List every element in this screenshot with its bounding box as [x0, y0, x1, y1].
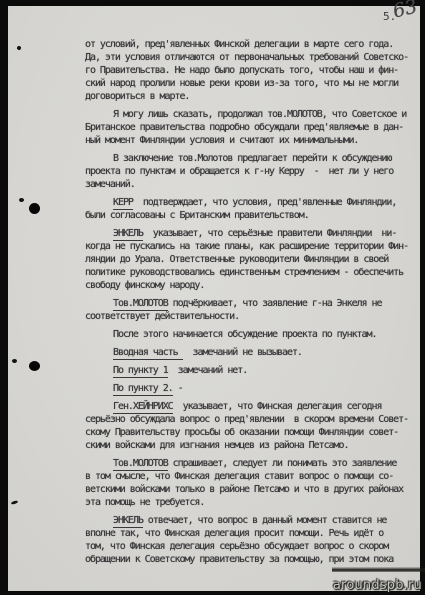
text-line: в том смысле, что Финская делегация став…: [85, 470, 417, 483]
text-line: ветскими войсками только в районе Петсам…: [85, 483, 417, 496]
paragraph: По пункту 2. -: [85, 382, 417, 395]
text-line: В заключение тов.Молотов предлагает пере…: [85, 152, 417, 165]
paragraph: По пункту 1 замечаний нет.: [85, 364, 417, 377]
paragraph: ЭНКЕЛЬ указывает, что серьёзные правител…: [85, 227, 417, 292]
text-line: политике руководствовались единственным …: [85, 266, 417, 279]
hole-punch-bottom: [29, 361, 40, 371]
paragraph: Ген.ХЕЙНРИХС указывает, что Финская деле…: [85, 400, 417, 452]
text-line: были согласованы с Британским правительс…: [85, 209, 417, 222]
text-line: По пункту 1 замечаний нет.: [85, 364, 417, 377]
text-line: свободу финскому народу.: [85, 279, 417, 292]
paragraph: После этого начинается обсуждение проект…: [85, 328, 417, 341]
text-line: го Правительства. Не надо было допускать…: [85, 64, 417, 77]
paragraph: Вводная часть замечаний не вызывает.: [85, 346, 417, 359]
text-line: замечаний.: [85, 178, 417, 191]
text-line: ЭНКЕЛЬ отвечает, что вопрос в данный мом…: [85, 514, 417, 527]
text-line: обращении к Советскому правительству за …: [85, 553, 417, 566]
paragraph: от условий, пред'явленных Финской делега…: [85, 38, 417, 103]
text-line: вполне так, что Финская делегация просит…: [85, 527, 417, 540]
ink-speck: [19, 198, 24, 202]
text-line: Да, эти условия отличаются от первоначал…: [85, 51, 417, 64]
underlined-text: ЭНКЕЛЬ: [113, 228, 143, 241]
paragraph: В заключение тов.Молотов предлагает пере…: [85, 152, 417, 191]
underlined-text: ЭНКЕЛЬ: [113, 515, 143, 528]
text-line: скими войсками для изгнания немцев из ра…: [85, 439, 417, 452]
text-line: Британское правительства подробно обсужд…: [85, 121, 417, 134]
page-number: 5.: [383, 11, 396, 23]
paragraph: ЭНКЕЛЬ отвечает, что вопрос в данный мом…: [85, 514, 417, 566]
text-line: эта помощь не требуется.: [85, 496, 417, 509]
text-line: После этого начинается обсуждение проект…: [85, 328, 417, 341]
underlined-text: Тов.МОЛОТОВ: [113, 458, 168, 471]
text-line: Тов.МОЛОТОВ спрашивает, следует ли поним…: [85, 457, 417, 470]
underlined-text: КЕРР: [113, 197, 133, 210]
paragraph: КЕРР подтверждает, что условия, пред'явл…: [85, 196, 417, 222]
text-line: Ген.ХЕЙНРИХС указывает, что Финская деле…: [85, 400, 417, 413]
text-line: проекта по пунктам и обращается к г-ну К…: [85, 165, 417, 178]
text-line: от условий, пред'явленных Финской делега…: [85, 38, 417, 51]
text-line: том, что Финская делегация серьёзно обсу…: [85, 540, 417, 553]
text-line: ляндии до Урала. Ответственные руководит…: [85, 253, 417, 266]
underlined-text: По пункту 2.: [113, 383, 173, 396]
document-text: от условий, пред'явленных Финской делега…: [85, 38, 417, 571]
text-line: Тов.МОЛОТОВ подчёркивает, что заявление …: [85, 297, 417, 310]
text-line: ЭНКЕЛЬ указывает, что серьёзные правител…: [85, 227, 417, 240]
paragraph: Я могу лишь сказать, продолжал тов.МОЛОТ…: [85, 108, 417, 147]
text-line: Вводная часть замечаний не вызывает.: [85, 346, 417, 359]
text-line: ский народ пролили новые реки крови из-з…: [85, 77, 417, 90]
underlined-text: Тов.МОЛОТОВ: [113, 298, 168, 311]
ink-speck: [12, 359, 17, 363]
text-line: соответствует действительности.: [85, 310, 417, 323]
text-line: Я могу лишь сказать, продолжал тов.МОЛОТ…: [85, 108, 417, 121]
paper-bottom-edge-shadow: [332, 567, 425, 572]
underlined-text: По пункту 1: [113, 365, 168, 378]
scanned-document-page: { "page": { "number": "5.", "handwritten…: [0, 0, 425, 595]
paragraph: Тов.МОЛОТОВ спрашивает, следует ли поним…: [85, 457, 417, 509]
text-line: По пункту 2. -: [85, 382, 417, 395]
hole-punch-top: [29, 203, 40, 214]
text-line: серьёзно обсуждала вопрос о пред'явлении…: [85, 413, 417, 426]
text-line: КЕРР подтверждает, что условия, пред'явл…: [85, 196, 417, 209]
text-line: договориться в марте.: [85, 90, 417, 103]
underlined-text: Ген.ХЕЙНРИХС: [113, 401, 173, 414]
text-line: скому Правительству просьбы об оказании …: [85, 426, 417, 439]
underlined-text: Вводная часть: [113, 347, 183, 360]
paragraph: Тов.МОЛОТОВ подчёркивает, что заявление …: [85, 297, 417, 323]
text-line: когда не пускались на такие планы, как р…: [85, 240, 417, 253]
watermark: aroundspb.ru: [333, 578, 422, 594]
text-line: ный момент Финляндии условия и считают и…: [85, 134, 417, 147]
